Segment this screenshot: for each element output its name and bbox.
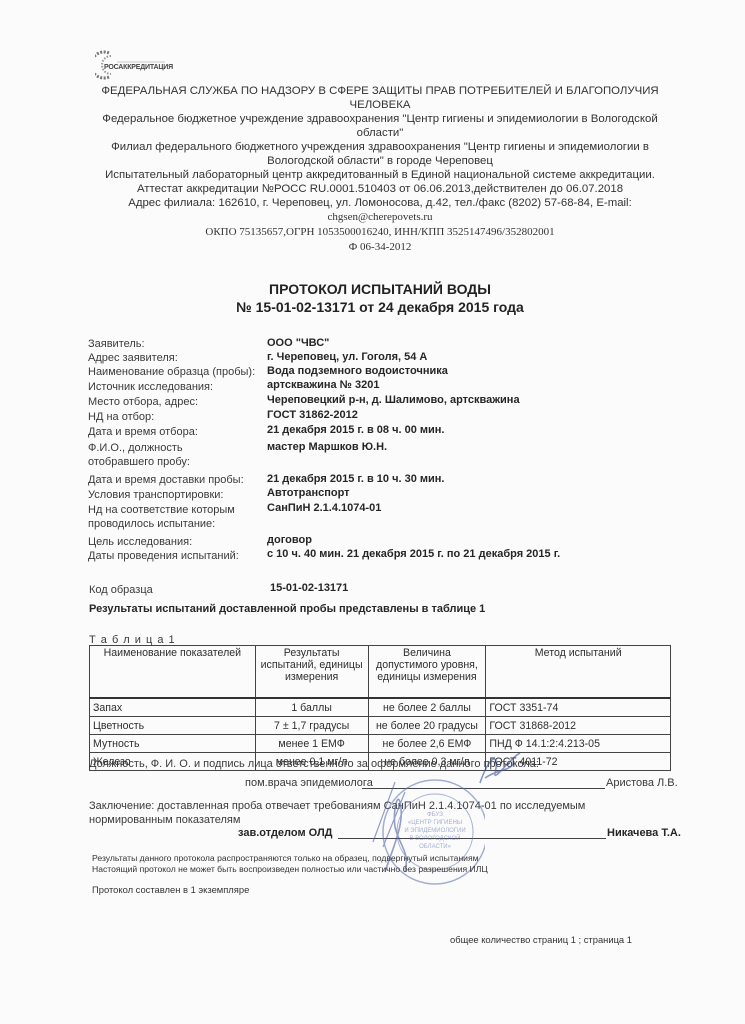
svg-text:В ВОЛОГОДСКОЙ: В ВОЛОГОДСКОЙ — [410, 834, 461, 842]
contact-codes: chgsen@cherepovets.ru ОКПО 75135657,ОГРН… — [60, 210, 700, 255]
accreditation-line: Аттестат аккредитации №РОСС RU.0001.5104… — [60, 182, 700, 196]
detail-value: мастер Маршков Ю.Н. — [267, 440, 387, 454]
registration-codes: ОКПО 75135657,ОГРН 1053500016240, ИНН/КП… — [60, 225, 700, 240]
agency-line-2: ЧЕЛОВЕКА — [60, 98, 700, 112]
column-header-limit: Величина допустимого уровня, единицы изм… — [368, 646, 486, 699]
detail-label: Дата и время отбора: — [88, 425, 198, 439]
sample-code-label: Код образца — [89, 583, 153, 597]
footer-note-2: Настоящий протокол не может быть воспрои… — [92, 864, 488, 875]
column-header-method: Метод испытаний — [486, 646, 671, 699]
detail-label: Наименование образца (пробы): — [88, 365, 255, 379]
sample-code-value: 15-01-02-13171 — [270, 581, 348, 595]
cell-result: менее 1 ЕМФ — [255, 735, 368, 753]
cell-limit: не более 2,6 ЕМФ — [368, 735, 486, 753]
conclusion-line-1: Заключение: доставленная проба отвечает … — [89, 799, 585, 813]
protocol-title-line-1: ПРОТОКОЛ ИСПЫТАНИЙ ВОДЫ — [180, 280, 580, 298]
detail-value: с 10 ч. 40 мин. 21 декабря 2015 г. по 21… — [267, 547, 560, 561]
lab-info: Испытательный лабораторный центр аккреди… — [60, 168, 700, 210]
svg-text:И ЭПИДЕМИОЛОГИИ: И ЭПИДЕМИОЛОГИИ — [404, 828, 465, 834]
detail-label: Цель исследования: — [88, 535, 192, 549]
conclusion: Заключение: доставленная проба отвечает … — [89, 799, 585, 827]
detail-value: Вода подземного водоисточника — [267, 364, 448, 378]
rosaccreditation-logo: РОСАККРЕДИТАЦИЯ — [95, 50, 167, 80]
detail-label-line-1: Ф.И.О., должность — [88, 441, 190, 455]
responsible-name: Аристова Л.В. — [606, 776, 678, 790]
detail-label: Источник исследования: — [88, 380, 213, 394]
institution-line-1: Федеральное бюджетное учреждение здравоо… — [60, 112, 700, 126]
detail-label: Ф.И.О., должность отобравшего пробу: — [88, 441, 190, 469]
head-position: зав.отделом ОЛД — [238, 826, 333, 840]
footer-notes: Результаты данного протокола распростран… — [92, 853, 488, 875]
detail-label: Адрес заявителя: — [88, 351, 178, 365]
detail-value: 21 декабря 2015 г. в 10 ч. 30 мин. — [267, 472, 444, 486]
detail-value: ООО "ЧВС" — [267, 336, 329, 350]
cell-indicator: Мутность — [90, 735, 256, 753]
detail-label: Заявитель: — [88, 337, 145, 351]
email-link[interactable]: chgsen@cherepovets.ru — [60, 210, 700, 225]
svg-text:ФБУЗ: ФБУЗ — [427, 812, 443, 818]
table-row: Запах 1 баллы не более 2 баллы ГОСТ 3351… — [90, 698, 671, 717]
table-header-row: Наименование показателей Результаты испы… — [90, 646, 671, 699]
document-page: РОСАККРЕДИТАЦИЯ ФЕДЕРАЛЬНАЯ СЛУЖБА ПО НА… — [0, 0, 745, 1024]
cell-result: 7 ± 1,7 градусы — [255, 717, 368, 735]
form-code: Ф 06-34-2012 — [60, 240, 700, 255]
detail-value: Череповецкий р-н, д. Шалимово, артскважи… — [267, 393, 520, 407]
detail-value: 21 декабря 2015 г. в 08 ч. 00 мин. — [267, 423, 444, 437]
detail-label: Даты проведения испытаний: — [88, 549, 239, 563]
lab-line: Испытательный лабораторный центр аккреди… — [60, 168, 700, 182]
copies-note: Протокол составлен в 1 экземпляре — [92, 884, 249, 895]
column-header-indicator: Наименование показателей — [90, 646, 256, 699]
address-line: Адрес филиала: 162610, г. Череповец, ул.… — [60, 196, 700, 210]
cell-indicator: Запах — [90, 698, 256, 717]
cell-result: 1 баллы — [255, 698, 368, 717]
detail-value: ГОСТ 31862-2012 — [267, 408, 358, 422]
agency-name: ФЕДЕРАЛЬНАЯ СЛУЖБА ПО НАДЗОРУ В СФЕРЕ ЗА… — [60, 84, 700, 112]
table-row: Мутность менее 1 ЕМФ не более 2,6 ЕМФ ПН… — [90, 735, 671, 753]
svg-text:ОБЛАСТИ»: ОБЛАСТИ» — [419, 844, 452, 850]
page-count: общее количество страниц 1 ; страница 1 — [450, 934, 632, 945]
detail-label: Место отбора, адрес: — [88, 395, 198, 409]
institution-name: Федеральное бюджетное учреждение здравоо… — [60, 112, 700, 140]
detail-label-line-2: отобравшего пробу: — [88, 455, 190, 469]
results-intro: Результаты испытаний доставленной пробы … — [89, 602, 485, 616]
detail-value: СанПиН 2.1.4.1074-01 — [267, 501, 381, 515]
head-name: Никачева Т.А. — [607, 826, 681, 840]
cell-indicator: Цветность — [90, 717, 256, 735]
detail-label: Дата и время доставки пробы: — [88, 473, 244, 487]
protocol-number: № 15-01-02-13171 от 24 декабря 2015 года — [180, 298, 580, 316]
protocol-title: ПРОТОКОЛ ИСПЫТАНИЙ ВОДЫ № 15-01-02-13171… — [180, 280, 580, 316]
detail-value: артскважина № 3201 — [267, 378, 379, 392]
responsible-position: пом.врача эпидемиолога — [245, 776, 373, 790]
detail-value: г. Череповец, ул. Гоголя, 54 А — [267, 350, 427, 364]
logo-text: РОСАККРЕДИТАЦИЯ — [104, 64, 173, 71]
detail-value: Автотранспорт — [267, 486, 350, 500]
cell-limit: не более 20 градусы — [368, 717, 486, 735]
cell-limit: не более 2 баллы — [368, 698, 486, 717]
detail-label-line-1: Нд на соответствие которым — [88, 503, 235, 517]
signature-scribble — [475, 748, 525, 788]
branch-line-2: Вологодской области" в городе Череповец — [60, 154, 700, 168]
svg-text:«ЦЕНТР ГИГИЕНЫ: «ЦЕНТР ГИГИЕНЫ — [408, 820, 462, 826]
table-row: Цветность 7 ± 1,7 градусы не более 20 гр… — [90, 717, 671, 735]
detail-label: Условия транспортировки: — [88, 488, 224, 502]
cell-method: ГОСТ 31868-2012 — [486, 717, 671, 735]
detail-label-line-2: проводилось испытание: — [88, 517, 235, 531]
branch-name: Филиал федерального бюджетного учреждени… — [60, 140, 700, 168]
detail-value: договор — [267, 533, 312, 547]
institution-line-2: области" — [60, 126, 700, 140]
detail-label: Нд на соответствие которым проводилось и… — [88, 503, 235, 531]
footer-note-1: Результаты данного протокола распростран… — [92, 853, 488, 864]
agency-line-1: ФЕДЕРАЛЬНАЯ СЛУЖБА ПО НАДЗОРУ В СФЕРЕ ЗА… — [60, 84, 700, 98]
cell-method: ГОСТ 3351-74 — [486, 698, 671, 717]
signature-icon — [475, 748, 525, 788]
column-header-result: Результаты испытаний, единицы измерения — [255, 646, 368, 699]
conclusion-line-2: нормированным показателям — [89, 813, 585, 827]
detail-label: НД на отбор: — [88, 410, 154, 424]
branch-line-1: Филиал федерального бюджетного учреждени… — [60, 140, 700, 154]
